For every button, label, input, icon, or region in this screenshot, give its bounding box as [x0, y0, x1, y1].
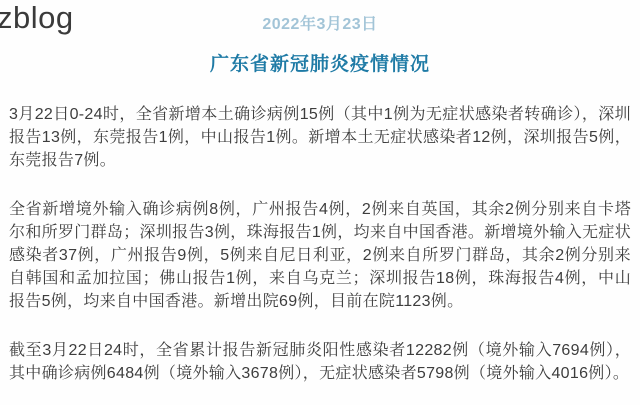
article-body: 3月22日0-24时，全省新增本土确诊病例15例（其中1例为无症状感染者转确诊）…: [0, 103, 640, 385]
article-paragraph-imported-cases: 全省新增境外输入确诊病例8例，广州报告4例，2例来自英国，其余2例分别来自卡塔尔…: [9, 198, 631, 313]
site-logo[interactable]: zblog: [0, 0, 74, 36]
article: 2022年3月23日 广东省新冠肺炎疫情情况 3月22日0-24时，全省新增本土…: [0, 0, 640, 385]
article-date: 2022年3月23日: [0, 0, 640, 34]
page: zblog 2022年3月23日 广东省新冠肺炎疫情情况 3月22日0-24时，…: [0, 0, 640, 405]
article-paragraph-local-cases: 3月22日0-24时，全省新增本土确诊病例15例（其中1例为无症状感染者转确诊）…: [9, 103, 631, 172]
article-title: 广东省新冠肺炎疫情情况: [0, 49, 640, 76]
article-paragraph-cumulative-cases: 截至3月22日24时，全省累计报告新冠肺炎阳性感染者12282例（境外输入769…: [9, 339, 631, 385]
